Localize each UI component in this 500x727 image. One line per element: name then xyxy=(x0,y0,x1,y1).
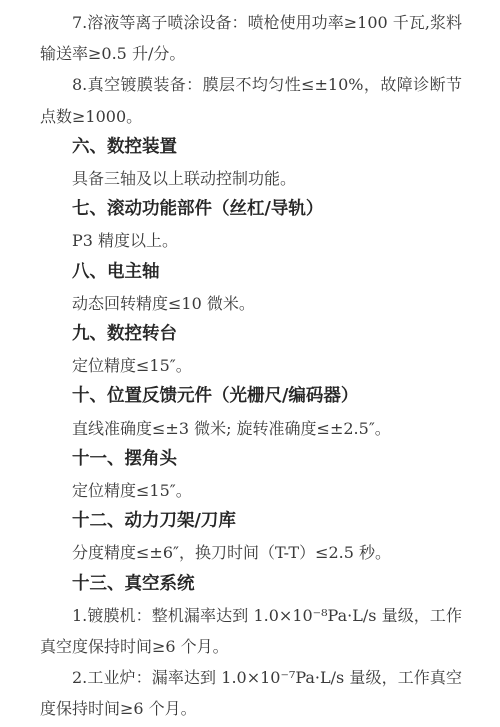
section-heading: 七、滚动功能部件（丝杠/导轨） xyxy=(40,194,462,225)
section-heading: 十二、动力刀架/刀库 xyxy=(40,506,462,537)
body-paragraph: 动态回转精度≤10 微米。 xyxy=(40,288,462,319)
document-page: 7.溶液等离子喷涂设备：喷枪使用功率≥100 千瓦,浆料输送率≥0.5 升/分。… xyxy=(0,0,500,727)
body-paragraph: 直线准确度≤±3 微米; 旋转准确度≤±2.5″。 xyxy=(40,413,462,444)
body-paragraph: 2.工业炉：漏率达到 1.0×10⁻⁷Pa·L/s 量级，工作真空度保持时间≥6… xyxy=(40,662,462,724)
body-paragraph: 7.溶液等离子喷涂设备：喷枪使用功率≥100 千瓦,浆料输送率≥0.5 升/分。 xyxy=(40,7,462,69)
body-paragraph: 分度精度≤±6″，换刀时间（T-T）≤2.5 秒。 xyxy=(40,537,462,568)
section-heading: 十、位置反馈元件（光栅尺/编码器） xyxy=(40,381,462,412)
section-heading: 十一、摆角头 xyxy=(40,444,462,475)
body-paragraph: 定位精度≤15″。 xyxy=(40,350,462,381)
body-paragraph: 8.真空镀膜装备：膜层不均匀性≤±10%，故障诊断节点数≥1000。 xyxy=(40,69,462,131)
body-paragraph: 定位精度≤15″。 xyxy=(40,475,462,506)
body-paragraph: P3 精度以上。 xyxy=(40,225,462,256)
section-heading: 十三、真空系统 xyxy=(40,569,462,600)
section-heading: 六、数控装置 xyxy=(40,132,462,163)
section-heading: 九、数控转台 xyxy=(40,319,462,350)
body-paragraph: 具备三轴及以上联动控制功能。 xyxy=(40,163,462,194)
section-heading: 八、电主轴 xyxy=(40,257,462,288)
body-paragraph: 1.镀膜机：整机漏率达到 1.0×10⁻⁸Pa·L/s 量级，工作真空度保持时间… xyxy=(40,600,462,662)
